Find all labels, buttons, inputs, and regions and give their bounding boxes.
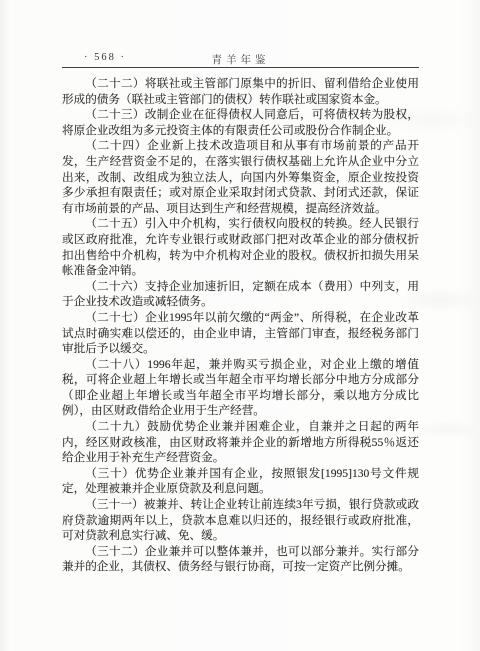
header-title: 青羊年鉴 [62, 52, 419, 67]
scanned-page: · 568 · 青羊年鉴 （二十二）将联社或主管部门原集中的折旧、留利借给企业使… [0, 0, 480, 651]
page-header: · 568 · 青羊年鉴 [62, 52, 419, 66]
paragraph: （二十二）将联社或主管部门原集中的折旧、留利借给企业使用形成的债务（联社或主管部… [62, 76, 419, 107]
paragraph: （二十六）支持企业加速折旧，定额在成本（费用）中列支，用于企业技术改造或减轻债务… [62, 279, 419, 310]
paragraph: （三十二）企业兼并可以整体兼并，也可以部分兼并。实行部分兼并的企业，其债权、债务… [62, 544, 419, 575]
paragraph: （二十九）鼓励优势企业兼并困难企业，自兼并之日起的两年内，经区财政核准，由区财政… [62, 419, 419, 466]
header-rule [62, 67, 419, 68]
paragraph: （二十三）改制企业在征得债权人同意后，可将债权转为股权，将原企业改组为多元投资主… [62, 107, 419, 138]
paragraph: （二十八）1996年起，兼并购买亏损企业，对企业上缴的增值税，可将企业超上年增长… [62, 357, 419, 419]
paragraph: （三十一）被兼并、转让企业转让前连续3年亏损，银行贷款或政府贷款逾期两年以上，贷… [62, 497, 419, 544]
paragraph: （二十四）企业新上技术改造项目和从事有市场前景的产品开发，生产经营资金不足的，在… [62, 138, 419, 216]
paragraph: （二十七）企业1995年以前欠缴的“两金”、所得税，在企业改革试点时确实难以偿还… [62, 310, 419, 357]
paragraph: （二十五）引入中介机构，实行债权向股权的转换。经人民银行或区政府批准，允许专业银… [62, 216, 419, 278]
paragraph: （三十）优势企业兼并国有企业，按照银发[1995]130号文件规定，处理被兼并企… [62, 466, 419, 497]
document-body: （二十二）将联社或主管部门原集中的折旧、留利借给企业使用形成的债务（联社或主管部… [62, 76, 419, 575]
